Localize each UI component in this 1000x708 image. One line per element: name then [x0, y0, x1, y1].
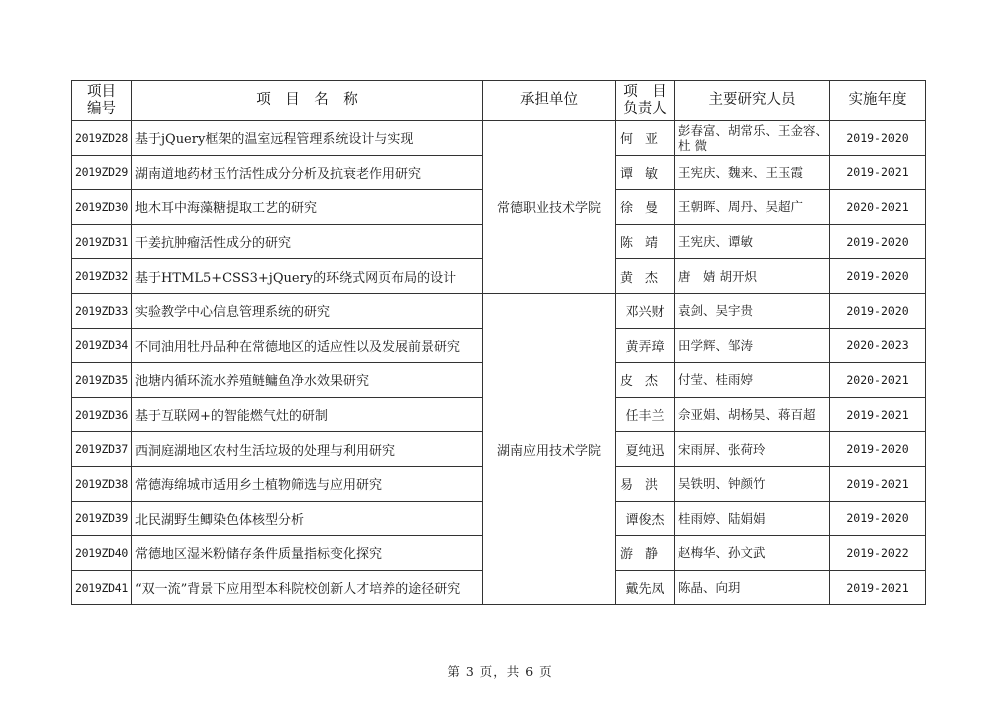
unit-cell: 湖南应用技术学院 — [483, 293, 616, 604]
project-name: 西洞庭湖地区农村生活垃圾的处理与利用研究 — [132, 432, 483, 467]
project-id: 2019ZD40 — [72, 536, 132, 571]
header-project-id: 项目 编号 — [72, 81, 132, 121]
project-id: 2019ZD39 — [72, 501, 132, 536]
header-lead-line2: 负责人 — [616, 101, 674, 118]
project-year: 2019-2022 — [830, 536, 926, 571]
project-id: 2019ZD37 — [72, 432, 132, 467]
project-staff: 付莹、桂雨婷 — [675, 363, 830, 398]
project-name: 不同油用牡丹品种在常德地区的适应性以及发展前景研究 — [132, 328, 483, 363]
project-name: 常德海绵城市适用乡土植物筛选与应用研究 — [132, 466, 483, 501]
project-staff: 王宪庆、魏来、王玉霞 — [675, 155, 830, 190]
project-name: “双一流”背景下应用型本科院校创新人才培养的途径研究 — [132, 570, 483, 605]
header-id-line1: 项目 — [72, 84, 131, 101]
project-year: 2019-2020 — [830, 501, 926, 536]
header-lead-line1: 项 目 — [616, 84, 674, 101]
project-id: 2019ZD31 — [72, 224, 132, 259]
project-staff: 唐 婧 胡开炽 — [675, 259, 830, 294]
project-id: 2019ZD36 — [72, 397, 132, 432]
project-lead: 游静 — [616, 536, 675, 571]
project-lead: 邓兴财 — [616, 293, 675, 328]
project-staff: 佘亚娟、胡杨昊、蒋百超 — [675, 397, 830, 432]
project-staff: 宋雨屏、张荷玲 — [675, 432, 830, 467]
project-name: 湖南道地药材玉竹活性成分分析及抗衰老作用研究 — [132, 155, 483, 190]
project-table: 项目 编号 项 目 名 称 承担单位 项 目 负责人 主要研究人员 实施年度 2… — [71, 80, 926, 605]
project-name: 干姜抗肿瘤活性成分的研究 — [132, 224, 483, 259]
project-year: 2019-2020 — [830, 293, 926, 328]
project-lead: 谭俊杰 — [616, 501, 675, 536]
project-year: 2019-2021 — [830, 397, 926, 432]
header-staff: 主要研究人员 — [675, 81, 830, 121]
project-staff: 赵梅华、孙文武 — [675, 536, 830, 571]
project-year: 2019-2021 — [830, 155, 926, 190]
project-id: 2019ZD33 — [72, 293, 132, 328]
project-year: 2020-2021 — [830, 363, 926, 398]
project-staff: 陈晶、向玥 — [675, 570, 830, 605]
project-staff: 彭春富、胡常乐、王金容、杜 微 — [675, 121, 830, 156]
project-staff: 袁剑、吴宇贵 — [675, 293, 830, 328]
header-unit: 承担单位 — [483, 81, 616, 121]
project-year: 2019-2020 — [830, 432, 926, 467]
project-lead: 黄弄璋 — [616, 328, 675, 363]
project-id: 2019ZD30 — [72, 190, 132, 225]
project-year: 2019-2020 — [830, 121, 926, 156]
project-lead: 易洪 — [616, 466, 675, 501]
project-lead: 黄杰 — [616, 259, 675, 294]
project-name: 实验教学中心信息管理系统的研究 — [132, 293, 483, 328]
project-year: 2019-2021 — [830, 570, 926, 605]
table-header-row: 项目 编号 项 目 名 称 承担单位 项 目 负责人 主要研究人员 实施年度 — [72, 81, 926, 121]
document-page: 项目 编号 项 目 名 称 承担单位 项 目 负责人 主要研究人员 实施年度 2… — [0, 0, 1000, 708]
project-id: 2019ZD41 — [72, 570, 132, 605]
header-project-name: 项 目 名 称 — [132, 81, 483, 121]
project-year: 2019-2021 — [830, 466, 926, 501]
project-year: 2019-2020 — [830, 224, 926, 259]
page-number: 第 3 页，共 6 页 — [0, 662, 1000, 680]
project-name: 基于jQuery框架的温室远程管理系统设计与实现 — [132, 121, 483, 156]
unit-cell: 常德职业技术学院 — [483, 121, 616, 294]
project-staff: 王宪庆、谭敏 — [675, 224, 830, 259]
project-lead: 谭敏 — [616, 155, 675, 190]
table-row: 2019ZD28 基于jQuery框架的温室远程管理系统设计与实现 常德职业技术… — [72, 121, 926, 156]
project-id: 2019ZD28 — [72, 121, 132, 156]
project-name: 地木耳中海藻糖提取工艺的研究 — [132, 190, 483, 225]
project-year: 2020-2023 — [830, 328, 926, 363]
project-lead: 徐曼 — [616, 190, 675, 225]
header-year: 实施年度 — [830, 81, 926, 121]
header-id-line2: 编号 — [72, 101, 131, 118]
project-id: 2019ZD35 — [72, 363, 132, 398]
project-staff: 王朝晖、周丹、吴超广 — [675, 190, 830, 225]
project-year: 2020-2021 — [830, 190, 926, 225]
project-lead: 何亚 — [616, 121, 675, 156]
project-lead: 夏纯迅 — [616, 432, 675, 467]
project-lead: 任丰兰 — [616, 397, 675, 432]
project-year: 2019-2020 — [830, 259, 926, 294]
project-name: 常德地区湿米粉储存条件质量指标变化探究 — [132, 536, 483, 571]
project-staff: 桂雨婷、陆娟娟 — [675, 501, 830, 536]
project-name: 基于互联网+的智能燃气灶的研制 — [132, 397, 483, 432]
header-lead: 项 目 负责人 — [616, 81, 675, 121]
table-row: 2019ZD33 实验教学中心信息管理系统的研究 湖南应用技术学院 邓兴财 袁剑… — [72, 293, 926, 328]
project-name: 池塘内循环流水养殖鲢鳙鱼净水效果研究 — [132, 363, 483, 398]
project-id: 2019ZD34 — [72, 328, 132, 363]
project-staff: 田学辉、邹涛 — [675, 328, 830, 363]
project-id: 2019ZD38 — [72, 466, 132, 501]
project-id: 2019ZD29 — [72, 155, 132, 190]
project-name: 北民湖野生鲫染色体核型分析 — [132, 501, 483, 536]
project-id: 2019ZD32 — [72, 259, 132, 294]
project-lead: 陈靖 — [616, 224, 675, 259]
project-name: 基于HTML5+CSS3+jQuery的环绕式网页布局的设计 — [132, 259, 483, 294]
project-staff: 吴铁明、钟颜竹 — [675, 466, 830, 501]
project-lead: 皮杰 — [616, 363, 675, 398]
project-lead: 戴先凤 — [616, 570, 675, 605]
